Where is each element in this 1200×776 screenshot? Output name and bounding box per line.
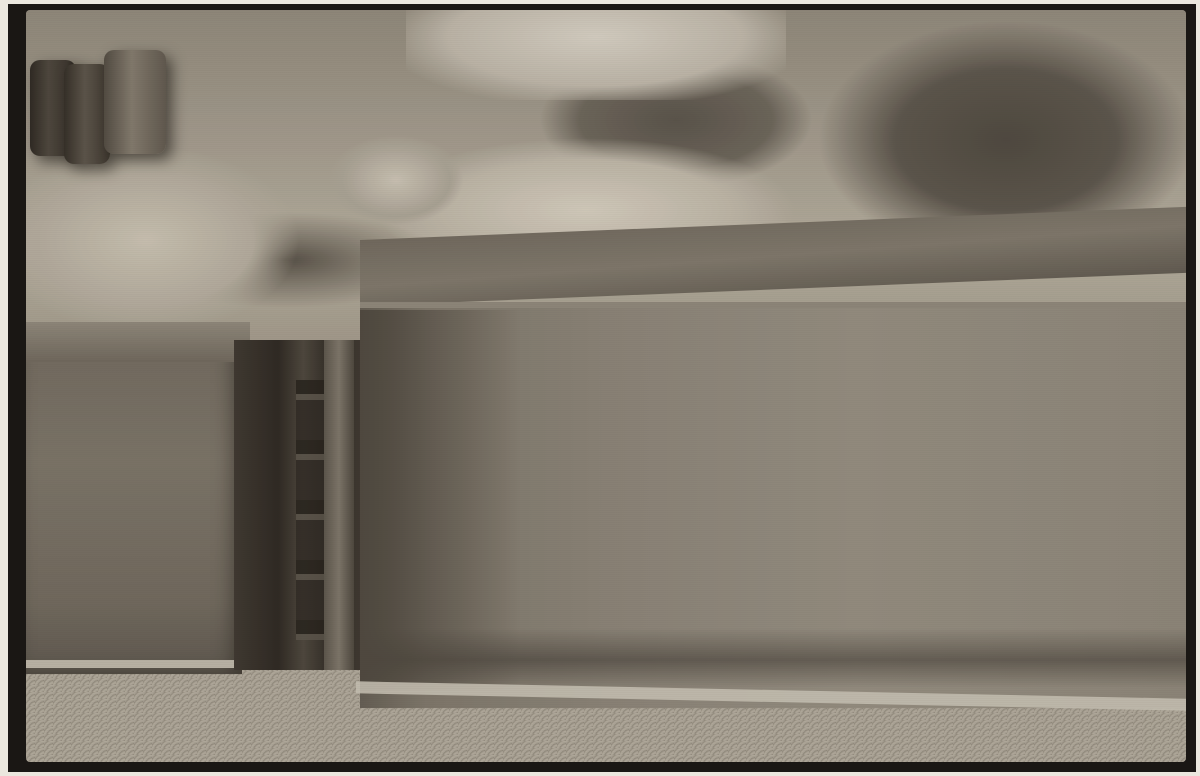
sepia-tone [26, 10, 1186, 762]
photograph [26, 10, 1186, 762]
